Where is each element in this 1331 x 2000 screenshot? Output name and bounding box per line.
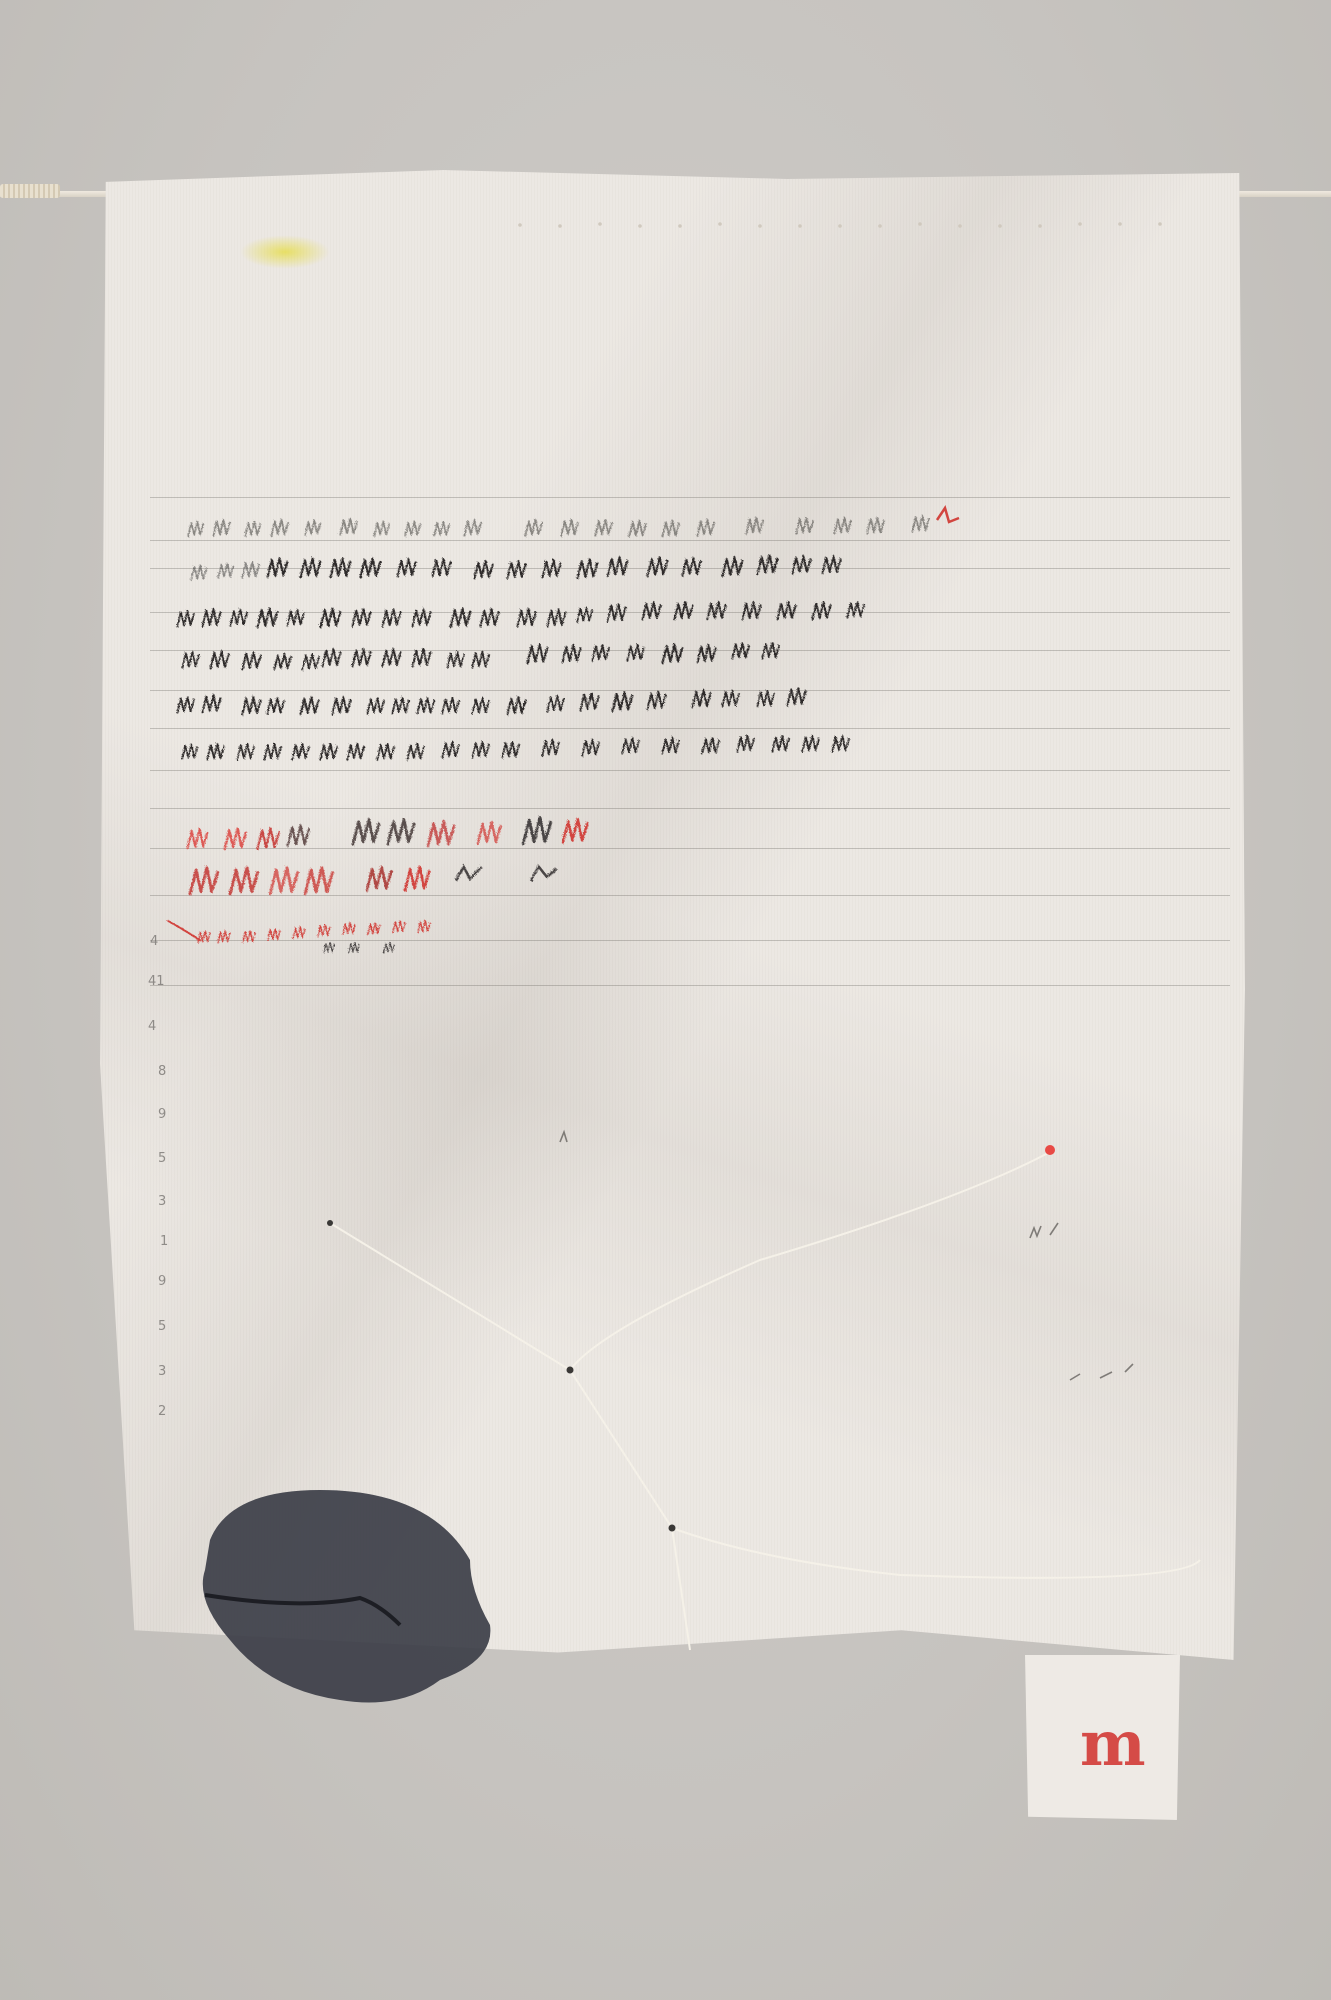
svg-text:4: 4	[150, 934, 158, 949]
writing-row-4	[181, 642, 778, 669]
svg-text:2: 2	[158, 1404, 166, 1419]
thread-nodes	[327, 1145, 1055, 1532]
stitch-dots	[518, 222, 1162, 228]
writing-row-2	[190, 554, 840, 579]
writing-row-7	[187, 817, 587, 848]
ink-stain	[203, 1490, 491, 1703]
writing-row-6	[181, 735, 848, 759]
svg-text:41: 41	[148, 974, 165, 989]
stitched-label-tag: m	[1025, 1655, 1180, 1820]
svg-text:3: 3	[158, 1364, 166, 1379]
writing-rows-graphite	[176, 554, 863, 759]
svg-text:5: 5	[158, 1319, 166, 1334]
scattered-pencil-marks	[560, 1132, 1133, 1380]
svg-text:3: 3	[158, 1194, 166, 1209]
svg-text:9: 9	[158, 1107, 166, 1122]
writing-row-3	[176, 601, 863, 627]
writing-row-5	[176, 687, 805, 714]
svg-text:5: 5	[158, 1151, 166, 1166]
writing-row-9	[197, 920, 429, 952]
svg-text:9: 9	[158, 1274, 166, 1289]
red-tick-row-1	[937, 508, 959, 522]
red-diagonal-mark	[167, 920, 200, 940]
writing-rows-red	[167, 817, 587, 952]
writing-row-1	[187, 515, 928, 536]
svg-text:8: 8	[158, 1064, 166, 1079]
margin-numerals: 4414 895 319 532	[148, 934, 168, 1419]
writing-row-8	[189, 866, 428, 893]
svg-text:1: 1	[160, 1234, 168, 1249]
svg-text:4: 4	[148, 1019, 156, 1034]
tag-red-mark: m	[1080, 1707, 1144, 1780]
red-tick-row-8a	[455, 866, 481, 880]
red-tick-row-8b	[530, 866, 556, 880]
